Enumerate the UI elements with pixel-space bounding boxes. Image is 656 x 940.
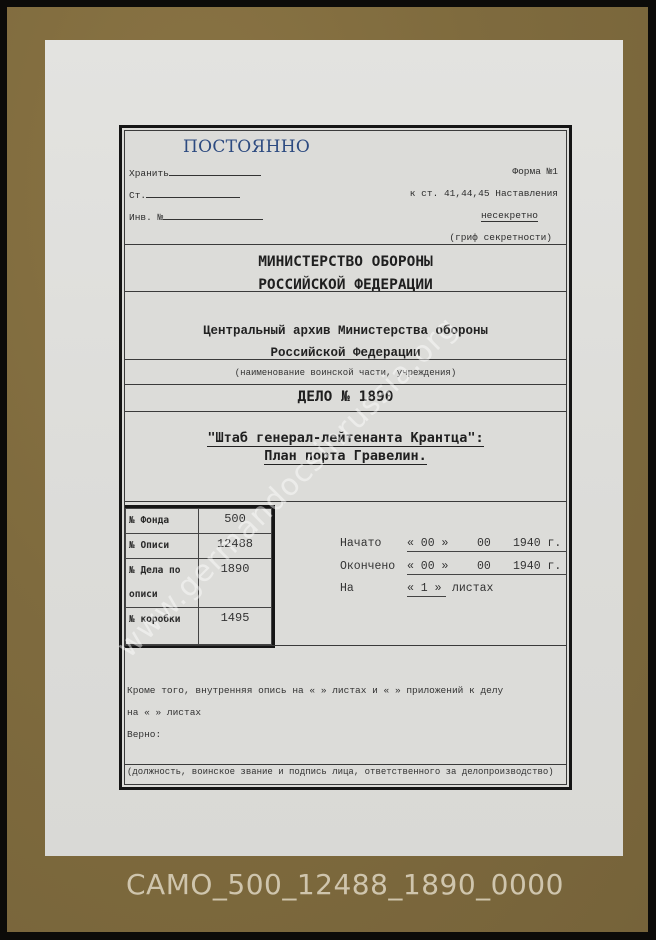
ended-month: 00	[477, 560, 491, 573]
started-month: 00	[477, 537, 491, 550]
secrecy-level: несекретно	[481, 210, 538, 222]
keep-label: Хранить	[129, 168, 169, 179]
started-date-field: « 00 » 00 1940 г.	[407, 537, 567, 552]
st-label: Ст.	[129, 190, 146, 201]
inv-field: Инв. №	[129, 210, 263, 223]
st-field: Ст.	[129, 188, 240, 201]
keep-field: Хранить	[129, 166, 261, 179]
box-value: 1495	[199, 608, 272, 645]
sheets-label: На	[340, 582, 354, 595]
ended-year: 1940 г.	[513, 560, 561, 573]
divider	[125, 384, 566, 385]
st-blank	[146, 188, 240, 198]
inner-inventory-note: Кроме того, внутренняя опись на « » лист…	[127, 685, 503, 696]
divider	[125, 359, 566, 360]
archive-line-1: Центральный архив Министерства обороны	[125, 324, 566, 338]
started-year: 1940 г.	[513, 537, 561, 550]
opis-label: № Описи	[126, 534, 199, 559]
ministry-line-1: МИНИСТЕРСТВО ОБОРОНЫ	[125, 254, 566, 270]
case-cover-form: ПОСТОЯННО Хранить Ст. Инв. № Форма №1 к …	[119, 125, 572, 790]
sheets-count: « 1 »	[407, 582, 442, 595]
inner-inventory-sheets: на « » листах	[127, 707, 201, 718]
ended-label: Окончено	[340, 560, 395, 573]
signature-caption: (должность, воинское звание и подпись ли…	[127, 767, 562, 777]
sheets-count-field: « 1 »	[407, 582, 446, 597]
verified-label: Верно:	[127, 729, 161, 740]
archive-line-2: Российской Федерации	[125, 346, 566, 360]
secrecy-caption: (гриф секретности)	[449, 232, 552, 243]
divider	[125, 291, 566, 292]
ended-day: « 00 »	[407, 560, 448, 573]
started-label: Начато	[340, 537, 381, 550]
started-day: « 00 »	[407, 537, 448, 550]
ended-date-field: « 00 » 00 1940 г.	[407, 560, 567, 575]
file-caption: CAMO_500_12488_1890_0000	[126, 868, 564, 901]
form-inner-frame: ПОСТОЯННО Хранить Ст. Инв. № Форма №1 к …	[124, 130, 567, 785]
sheets-suffix: листах	[452, 582, 493, 595]
keep-blank	[169, 166, 261, 176]
inv-label: Инв. №	[129, 212, 163, 223]
divider	[125, 244, 566, 245]
fond-label: № Фонда	[126, 509, 199, 534]
divider	[125, 645, 566, 646]
divider	[125, 501, 566, 502]
permanent-stamp: ПОСТОЯННО	[183, 137, 310, 157]
archive-caption: (наименование воинской части, учреждения…	[125, 368, 566, 378]
instruction-articles: к ст. 41,44,45 Наставления	[410, 188, 558, 199]
form-number: Форма №1	[512, 166, 558, 177]
divider	[125, 764, 566, 765]
inv-blank	[163, 210, 263, 220]
